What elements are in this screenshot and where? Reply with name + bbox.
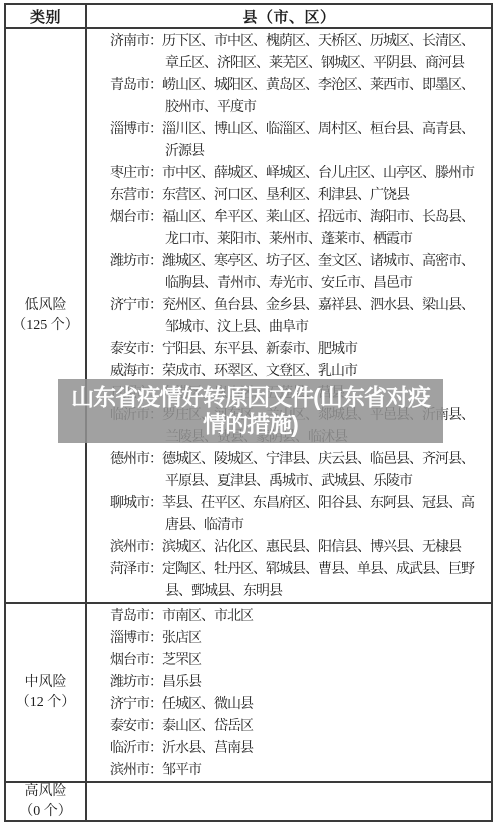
low-risk-content-cell: 济南市：历下区、市中区、槐荫区、天桥区、历城区、长清区、章丘区、济阳区、莱芜区、… xyxy=(87,29,491,602)
city-label: 聊城市： xyxy=(110,496,162,511)
city-label: 枣庄市： xyxy=(110,166,162,181)
district-row: 烟台市：芝罘区 xyxy=(110,650,485,672)
city-label: 滨州市： xyxy=(110,540,162,555)
district-row: 菏泽市：定陶区、牡丹区、郓城县、曹县、单县、成武县、巨野县、鄄城县、东明县 xyxy=(110,559,485,602)
medium-risk-label-cell: 中风险 （12 个） xyxy=(6,604,87,781)
watermark-line2: 情的措施) xyxy=(58,411,443,438)
district-row: 济宁市：兖州区、鱼台县、金乡县、嘉祥县、泗水县、梁山县、邹城市、汶上县、曲阜市 xyxy=(110,295,485,339)
district-list: 任城区、微山县 xyxy=(162,697,253,712)
district-row: 济宁市：任城区、微山县 xyxy=(110,694,485,716)
district-row: 临沂市：沂水县、莒南县 xyxy=(110,738,485,760)
district-list: 市中区、薛城区、峄城区、台儿庄区、山亭区、滕州市 xyxy=(162,166,474,181)
city-label: 青岛市： xyxy=(110,609,162,624)
medium-risk-content-cell: 青岛市：市南区、市北区 淄博市：张店区 烟台市：芝罘区 潍坊市：昌乐县 济宁市：… xyxy=(87,604,491,781)
header-county: 县（市、区） xyxy=(87,5,491,27)
table-header-row: 类别 县（市、区） xyxy=(6,5,491,29)
district-row: 烟台市：福山区、牟平区、莱山区、招远市、海阳市、长岛县、龙口市、莱阳市、莱州市、… xyxy=(110,207,485,251)
district-list: 崂山区、城阳区、黄岛区、李沧区、莱西市、即墨区、胶州市、平度市 xyxy=(162,78,474,115)
city-label: 淄博市： xyxy=(110,122,162,137)
district-list: 滨城区、沾化区、惠民县、阳信县、博兴县、无棣县 xyxy=(162,540,461,555)
district-row: 济南市：历下区、市中区、槐荫区、天桥区、历城区、长清区、章丘区、济阳区、莱芜区、… xyxy=(110,31,485,75)
district-row: 枣庄市：市中区、薛城区、峄城区、台儿庄区、山亭区、滕州市 xyxy=(110,163,485,185)
city-label: 济宁市： xyxy=(110,697,162,712)
district-list: 福山区、牟平区、莱山区、招远市、海阳市、长岛县、龙口市、莱阳市、莱州市、蓬莱市、… xyxy=(162,210,474,247)
district-row: 青岛市：市南区、市北区 xyxy=(110,606,485,628)
district-list: 莘县、茌平区、东昌府区、阳谷县、东阿县、冠县、高唐县、临清市 xyxy=(162,496,474,533)
risk-level-count: （12 个） xyxy=(16,693,76,713)
district-row: 淄博市：淄川区、博山区、临淄区、周村区、桓台县、高青县、沂源县 xyxy=(110,119,485,163)
district-list: 荣成市、环翠区、文登区、乳山市 xyxy=(162,364,357,379)
district-list: 沂水县、莒南县 xyxy=(162,741,253,756)
risk-level-count: （0 个） xyxy=(19,802,72,821)
district-row: 淄博市：张店区 xyxy=(110,628,485,650)
section-high-risk: 高风险 （0 个） xyxy=(6,783,491,820)
district-list: 芝罘区 xyxy=(162,653,201,668)
district-list: 昌乐县 xyxy=(162,675,201,690)
city-label: 菏泽市： xyxy=(110,562,162,577)
district-list: 张店区 xyxy=(162,631,201,646)
city-label: 济南市： xyxy=(110,34,162,49)
low-risk-label-cell: 低风险 （125 个） xyxy=(6,29,87,602)
city-label: 泰安市： xyxy=(110,719,162,734)
district-list: 宁阳县、东平县、新泰市、肥城市 xyxy=(162,342,357,357)
risk-level-count: （125 个） xyxy=(12,316,79,336)
city-label: 淄博市： xyxy=(110,631,162,646)
city-label: 德州市： xyxy=(110,452,162,467)
district-row: 潍坊市：潍城区、寒亭区、坊子区、奎文区、诸城市、高密市、临朐县、青州市、寿光市、… xyxy=(110,251,485,295)
district-row: 泰安市：泰山区、岱岳区 xyxy=(110,716,485,738)
city-label: 泰安市： xyxy=(110,342,162,357)
district-list: 泰山区、岱岳区 xyxy=(162,719,253,734)
district-row: 东营市：东营区、河口区、垦利区、利津县、广饶县 xyxy=(110,185,485,207)
risk-level-name: 高风险 xyxy=(25,783,67,802)
high-risk-content-cell xyxy=(87,783,491,820)
city-label: 潍坊市： xyxy=(110,675,162,690)
district-row: 潍坊市：昌乐县 xyxy=(110,672,485,694)
city-label: 潍坊市： xyxy=(110,254,162,269)
city-label: 威海市： xyxy=(110,364,162,379)
header-category: 类别 xyxy=(6,5,87,27)
district-list: 潍城区、寒亭区、坊子区、奎文区、诸城市、高密市、临朐县、青州市、寿光市、安丘市、… xyxy=(162,254,474,291)
city-label: 东营市： xyxy=(110,188,162,203)
city-label: 临沂市： xyxy=(110,741,162,756)
high-risk-label-cell: 高风险 （0 个） xyxy=(6,783,87,820)
city-label: 烟台市： xyxy=(110,210,162,225)
district-row: 青岛市：崂山区、城阳区、黄岛区、李沧区、莱西市、即墨区、胶州市、平度市 xyxy=(110,75,485,119)
district-list: 兖州区、鱼台县、金乡县、嘉祥县、泗水县、梁山县、邹城市、汶上县、曲阜市 xyxy=(162,298,474,335)
section-medium-risk: 中风险 （12 个） 青岛市：市南区、市北区 淄博市：张店区 烟台市：芝罘区 潍… xyxy=(6,604,491,783)
district-row: 滨州市：邹平市 xyxy=(110,760,485,781)
risk-level-name: 中风险 xyxy=(25,673,67,693)
district-row: 德州市：德城区、陵城区、宁津县、庆云县、临邑县、齐河县、平原县、夏津县、禹城市、… xyxy=(110,449,485,493)
district-row: 泰安市：宁阳县、东平县、新泰市、肥城市 xyxy=(110,339,485,361)
watermark-line1: 山东省疫情好转原因文件(山东省对疫 xyxy=(58,384,443,411)
risk-level-name: 低风险 xyxy=(25,296,67,316)
district-list: 邹平市 xyxy=(162,763,201,778)
city-label: 青岛市： xyxy=(110,78,162,93)
district-list: 东营区、河口区、垦利区、利津县、广饶县 xyxy=(162,188,409,203)
district-row: 滨州市：滨城区、沾化区、惠民县、阳信县、博兴县、无棣县 xyxy=(110,537,485,559)
district-row: 聊城市：莘县、茌平区、东昌府区、阳谷县、东阿县、冠县、高唐县、临清市 xyxy=(110,493,485,537)
district-list: 德城区、陵城区、宁津县、庆云县、临邑县、齐河县、平原县、夏津县、禹城市、武城县、… xyxy=(162,452,474,489)
section-low-risk: 低风险 （125 个） 济南市：历下区、市中区、槐荫区、天桥区、历城区、长清区、… xyxy=(6,29,491,604)
district-list: 历下区、市中区、槐荫区、天桥区、历城区、长清区、章丘区、济阳区、莱芜区、钢城区、… xyxy=(162,34,474,71)
city-label: 滨州市： xyxy=(110,763,162,778)
district-list: 淄川区、博山区、临淄区、周村区、桓台县、高青县、沂源县 xyxy=(162,122,474,159)
city-label: 济宁市： xyxy=(110,298,162,313)
district-list: 定陶区、牡丹区、郓城县、曹县、单县、成武县、巨野县、鄄城县、东明县 xyxy=(162,562,474,599)
city-label: 烟台市： xyxy=(110,653,162,668)
watermark-title: 山东省疫情好转原因文件(山东省对疫 情的措施) xyxy=(58,379,443,443)
district-list: 市南区、市北区 xyxy=(162,609,253,624)
